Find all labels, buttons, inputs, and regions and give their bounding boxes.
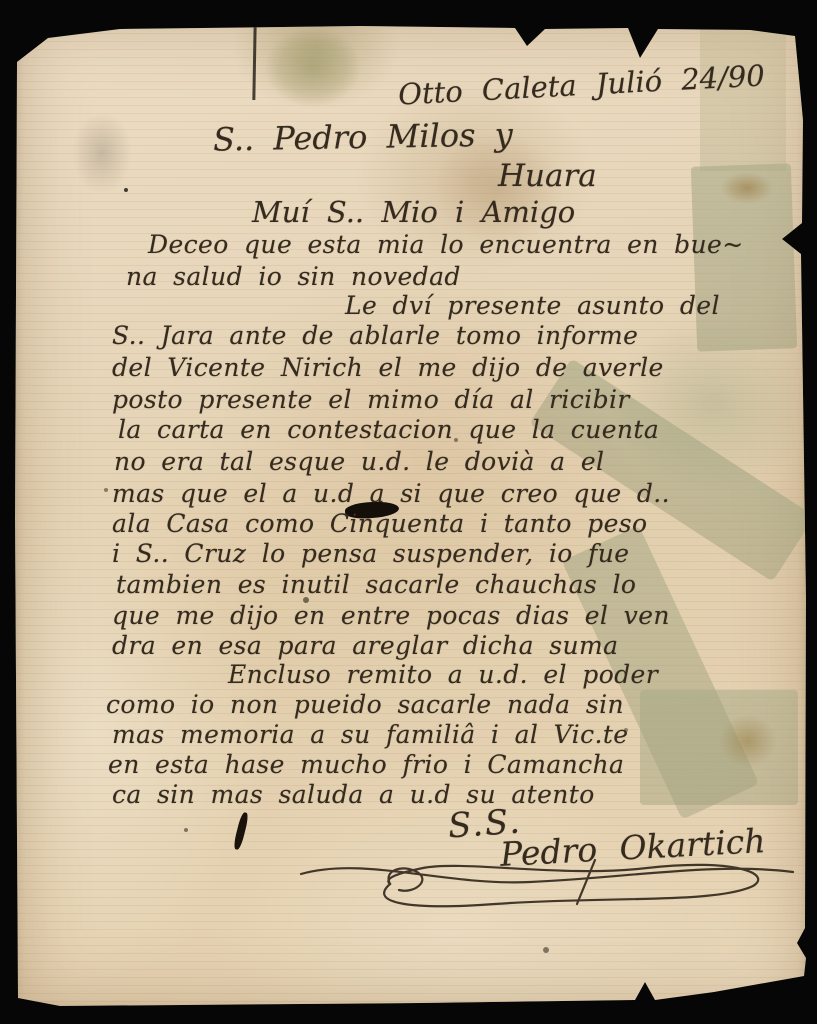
body-line-3: Le dví presente asunto del: [345, 291, 720, 320]
crease-tick: [252, 24, 256, 100]
tape-patch-brown-spot: [712, 708, 784, 774]
body-line-17: mas memoria a su familiâ i al Vic.te: [112, 720, 628, 749]
body-line-10: ala Casa como Cinquenta i tanto peso: [112, 509, 647, 538]
tape-strip-top-right: [700, 26, 786, 171]
body-line-1: Deceo que esta mia lo encuentra en bue~: [148, 230, 744, 259]
body-line-15: Encluso remito a u.d. el poder: [228, 660, 658, 689]
body-line-5: del Vicente Nirich el me dijo de averle: [112, 353, 664, 382]
smudge-grey-left: [62, 98, 142, 208]
body-line-7: la carta en contestacion que la cuenta: [118, 415, 659, 444]
body-line-2: na salud io sin novedad: [126, 262, 461, 291]
body-line-19: ca sin mas saluda a u.d su atento: [112, 780, 595, 809]
body-line-16: como io non pueido sacarle nada sin: [106, 690, 624, 719]
scanned-letter-page: Otto Caleta Julió 24/90 S.. Pedro Milos …: [0, 0, 817, 1024]
body-line-6: posto presente el mimo día al ricibir: [112, 385, 630, 414]
body-line-4: S.. Jara ante de ablarle tomo informe: [112, 321, 638, 350]
body-line-12: tambien es inutil sacarle chauchas lo: [116, 570, 636, 599]
recipient-name: S.. Pedro Milos y: [213, 115, 513, 158]
body-line-8: no era tal esque u.d. le dovià a el: [114, 447, 604, 476]
body-line-18: en esta hase mucho frio i Camancha: [108, 750, 624, 779]
tape-stain-brown-spot: [714, 168, 780, 208]
recipient-place: Huara: [498, 158, 597, 194]
body-line-14: dra en esa para areglar dicha suma: [112, 631, 618, 660]
body-line-9: mas que el a u.d a si que creo que d..: [112, 479, 670, 508]
stain-olive-top: [258, 22, 368, 122]
tape-patch-lower-right: [640, 690, 798, 805]
signature-flourish: [295, 842, 800, 914]
body-line-11: i S.. Cruz lo pensa suspender, io fue: [112, 539, 629, 568]
ink-dash: [233, 812, 250, 851]
salutation: Muí S.. Mio i Amigo: [252, 195, 575, 229]
body-line-13: que me dijo en entre pocas dias el ven: [112, 601, 670, 630]
paper-specks: [124, 188, 128, 192]
